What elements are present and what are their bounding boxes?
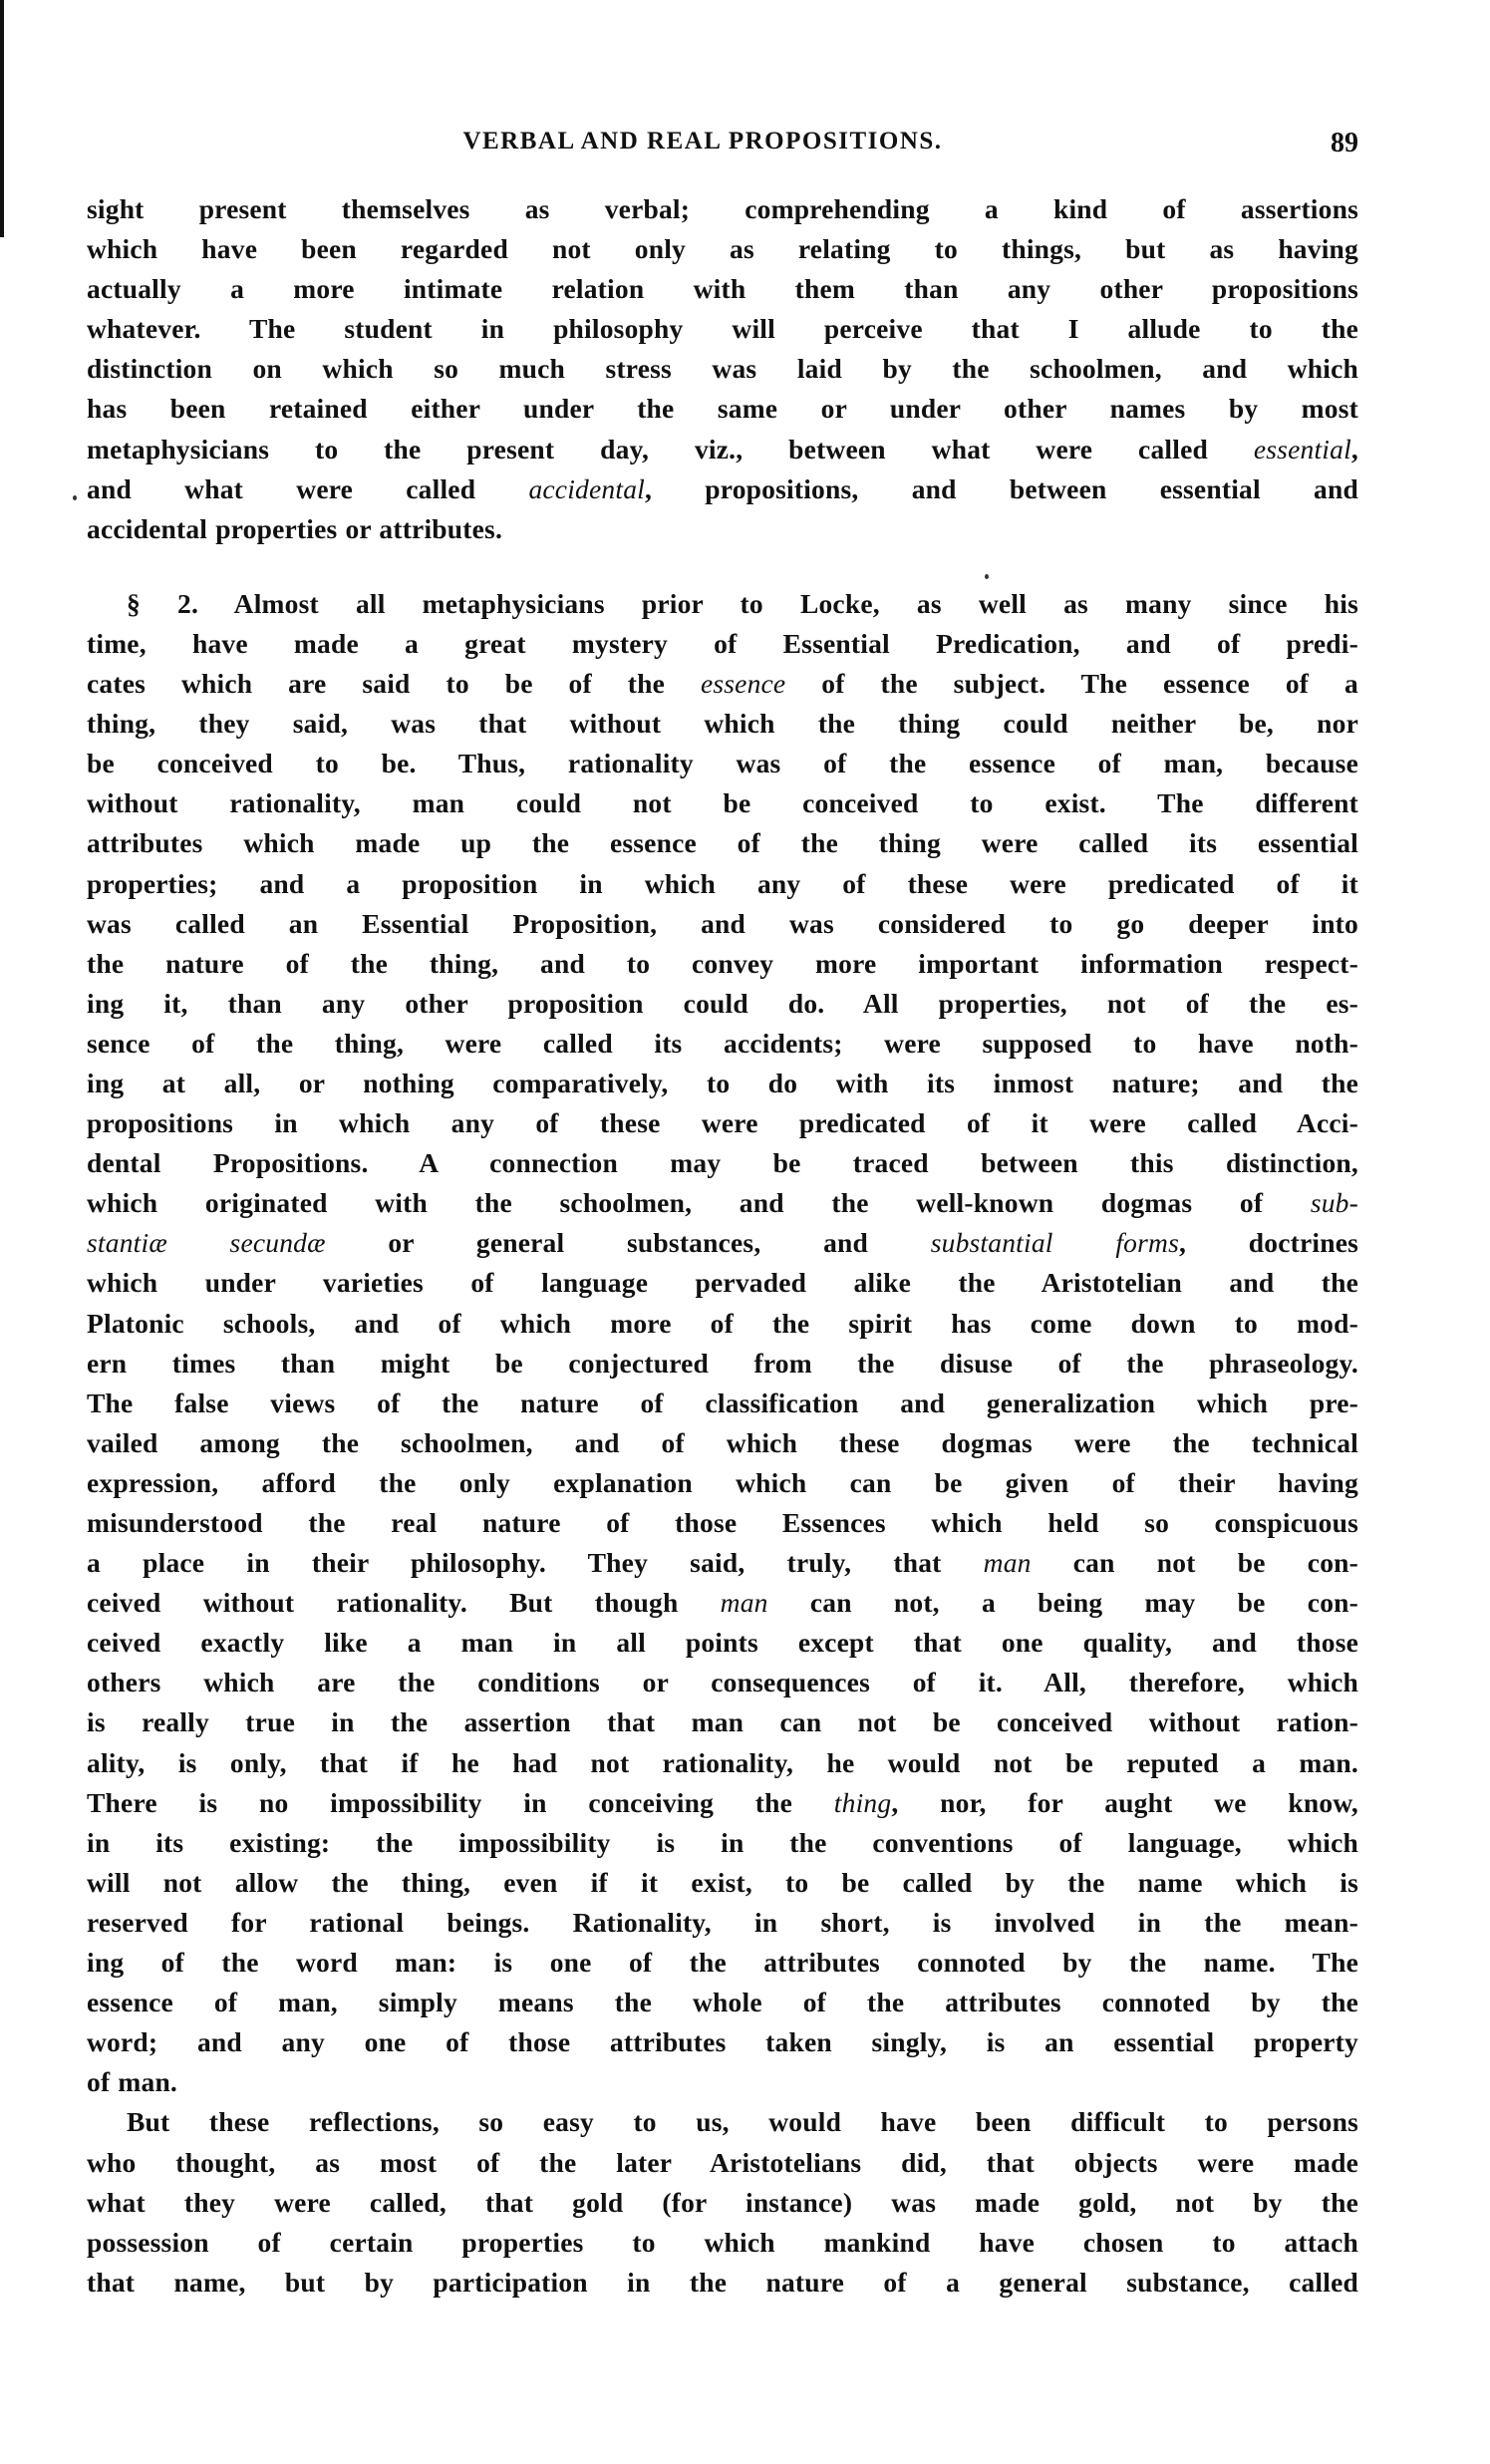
text-line: § 2. Almost all metaphysicians prior to … <box>87 584 1358 624</box>
text-line: without rationality, man could not be co… <box>87 783 1358 823</box>
text-line: what they were called, that gold (for in… <box>87 2183 1358 2223</box>
text-line: will not allow the thing, even if it exi… <box>87 1863 1358 1903</box>
binding-edge-line <box>0 0 4 237</box>
italic-term: thing <box>834 1787 892 1818</box>
text-line: the nature of the thing, and to convey m… <box>87 944 1358 984</box>
text-line: who thought, as most of the later Aristo… <box>87 2143 1358 2183</box>
text-line: time, have made a great mystery of Essen… <box>87 624 1358 664</box>
text-line: misunderstood the real nature of those E… <box>87 1503 1358 1543</box>
text-line: properties; and a proposition in which a… <box>87 864 1358 904</box>
text-line: possession of certain properties to whic… <box>87 2223 1358 2263</box>
text-line: of man. <box>87 2062 1358 2102</box>
text-line: word; and any one of those attributes ta… <box>87 2022 1358 2062</box>
text-line: ceived exactly like a man in all points … <box>87 1623 1358 1663</box>
text-line: thing, they said, was that without which… <box>87 704 1358 744</box>
running-head: VERBAL AND REAL PROPOSITIONS. 89 <box>87 122 1358 161</box>
text-line: accidental properties or attributes. <box>87 509 1358 549</box>
text-line: The false views of the nature of classif… <box>87 1384 1358 1423</box>
text-line: distinction on which so much stress was … <box>87 349 1358 389</box>
paragraph-gap <box>87 549 1358 584</box>
text-line: propositions in which any of these were … <box>87 1103 1358 1143</box>
text-line: be conceived to be. Thus, rationality wa… <box>87 744 1358 783</box>
italic-term: man <box>721 1587 768 1618</box>
text-line: attributes which made up the essence of … <box>87 823 1358 863</box>
text-line: dental Propositions. A connection may be… <box>87 1143 1358 1183</box>
text-line: sence of the thing, were called its acci… <box>87 1024 1358 1064</box>
text-line: reserved for rational beings. Rationalit… <box>87 1903 1358 1943</box>
text-line: cates which are said to be of the essenc… <box>87 664 1358 704</box>
running-title: VERBAL AND REAL PROPOSITIONS. <box>87 122 1358 161</box>
text-line: ing of the word man: is one of the attri… <box>87 1943 1358 1983</box>
text-line: metaphysicians to the present day, viz.,… <box>87 430 1358 469</box>
text-line: ceived without rationality. But though m… <box>87 1583 1358 1623</box>
text-line: vailed among the schoolmen, and of which… <box>87 1423 1358 1463</box>
text-line: is really true in the assertion that man… <box>87 1702 1358 1742</box>
italic-term: man <box>984 1547 1032 1578</box>
text-line: that name, but by participation in the n… <box>87 2263 1358 2303</box>
italic-term: essential <box>1254 434 1351 464</box>
text-line: which under varieties of language pervad… <box>87 1263 1358 1303</box>
italic-term: substantial forms <box>931 1227 1179 1258</box>
body-text: sight present themselves as verbal; comp… <box>87 189 1358 2303</box>
text-line: ern times than might be conjectured from… <box>87 1344 1358 1384</box>
paragraph-2-section-2: § 2. Almost all metaphysicians prior to … <box>87 584 1358 2103</box>
text-line: and what were called accidental, proposi… <box>87 469 1358 509</box>
text-line: actually a more intimate relation with t… <box>87 269 1358 309</box>
text-line: ality, is only, that if he had not ratio… <box>87 1743 1358 1783</box>
text-line: which have been regarded not only as rel… <box>87 229 1358 269</box>
text-line: was called an Essential Proposition, and… <box>87 904 1358 944</box>
text-line: others which are the conditions or conse… <box>87 1663 1358 1702</box>
printer-dot-mark <box>985 574 989 579</box>
text-line: stantiæ secundæ or general substances, a… <box>87 1223 1358 1263</box>
margin-speck <box>73 495 77 500</box>
text-line: a place in their philosophy. They said, … <box>87 1543 1358 1583</box>
text-line: ing at all, or nothing comparatively, to… <box>87 1064 1358 1103</box>
italic-term: stantiæ secundæ <box>87 1227 326 1258</box>
text-line: sight present themselves as verbal; comp… <box>87 189 1358 229</box>
italic-term: essence <box>701 668 785 699</box>
text-line: Platonic schools, and of which more of t… <box>87 1304 1358 1344</box>
paragraph-3: But these reflections, so easy to us, wo… <box>87 2102 1358 2302</box>
text-line: ing it, than any other proposition could… <box>87 984 1358 1024</box>
text-line: which originated with the schoolmen, and… <box>87 1183 1358 1223</box>
text-line: in its existing: the impossibility is in… <box>87 1823 1358 1863</box>
text-line: There is no impossibility in conceiving … <box>87 1783 1358 1823</box>
text-line: expression, afford the only explanation … <box>87 1463 1358 1503</box>
page-number: 89 <box>1331 124 1358 163</box>
paragraph-1: sight present themselves as verbal; comp… <box>87 189 1358 549</box>
italic-term: sub- <box>1311 1187 1358 1218</box>
text-line: has been retained either under the same … <box>87 389 1358 429</box>
text-line: But these reflections, so easy to us, wo… <box>87 2102 1358 2142</box>
text-line: whatever. The student in philosophy will… <box>87 309 1358 349</box>
text-line: essence of man, simply means the whole o… <box>87 1983 1358 2022</box>
italic-term: accidental <box>528 473 645 504</box>
